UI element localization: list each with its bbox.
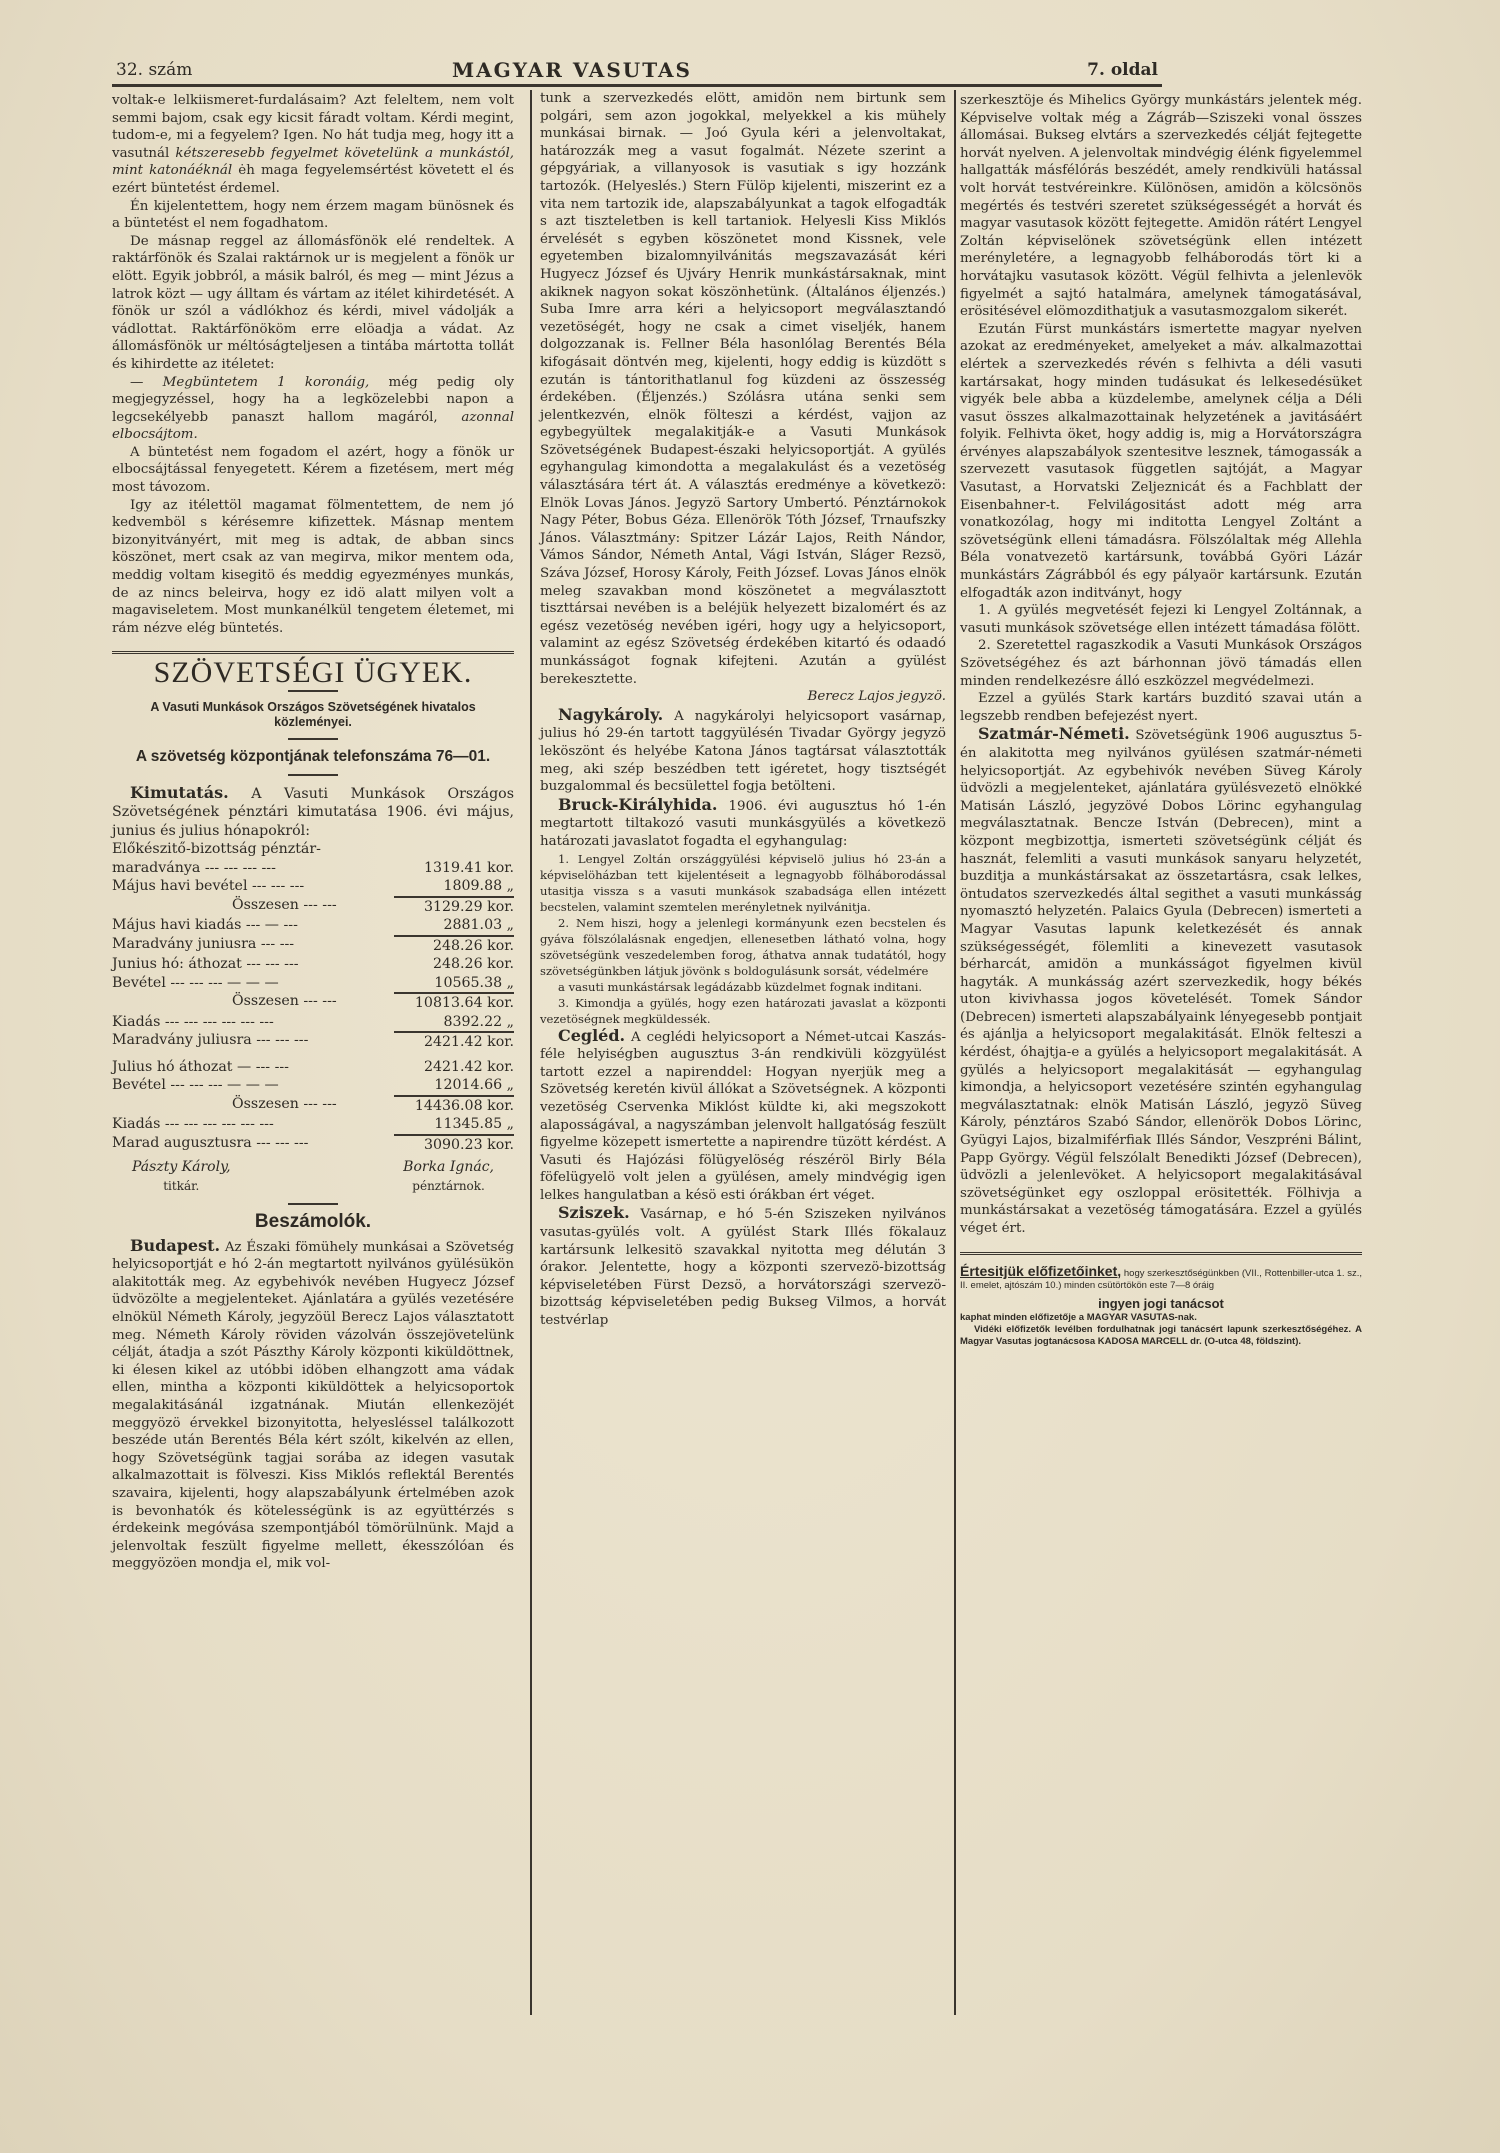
column-1: voltak-e lelkiismeret-furdalásaim? Azt f…	[112, 92, 514, 1573]
newspaper-page: 32. szám MAGYAR VASUTAS 7. oldal voltak-…	[0, 0, 1500, 2153]
divider	[288, 690, 338, 692]
report-signature: Berecz Lajos jegyzö.	[540, 688, 946, 706]
section-divider	[112, 651, 514, 654]
finance-row-total: Marad augusztusra --- --- ---3090.23 kor…	[112, 1134, 514, 1155]
free-legal-advice: ingyen jogi tanácsot	[960, 1298, 1362, 1310]
finance-row: Bevétel --- --- --- — — —12014.66 „	[112, 1076, 514, 1095]
letter-paragraph: voltak-e lelkiismeret-furdalásaim? Azt f…	[112, 92, 514, 198]
financial-statement: Kimutatás. A Vasuti Munkások Országos Sz…	[112, 784, 514, 1196]
finance-row-total: Maradvány juliusra --- --- ---2421.42 ko…	[112, 1031, 514, 1052]
finance-row: maradványa --- --- --- ---1319.41 kor.	[112, 859, 514, 878]
letter-paragraph: A büntetést nem fogadom el azért, hogy a…	[112, 444, 514, 497]
page-number: 7. oldal	[1087, 60, 1158, 80]
signature-treasurer: Borka Ignác,pénztárnok.	[403, 1158, 494, 1195]
signature-secretary: Pászty Károly,titkár.	[132, 1158, 231, 1195]
finance-row: Május havi bevétel --- --- ---1809.88 „	[112, 877, 514, 896]
finance-row: Bevétel --- --- --- — — —10565.38 „	[112, 974, 514, 993]
newspaper-title: MAGYAR VASUTAS	[452, 58, 692, 82]
official-notice-heading: A Vasuti Munkások Országos Szövetségének…	[112, 700, 514, 730]
divider	[288, 774, 338, 776]
letter-paragraph: De másnap reggel az állomásfönök elé ren…	[112, 233, 514, 374]
finance-row-total: Összesen --- ---3129.29 kor.	[112, 896, 514, 917]
resolution-item: 1. A gyülés megvetését fejezi ki Lengyel…	[960, 602, 1362, 637]
letter-paragraph: — Megbüntetem 1 koronáig, még pedig oly …	[112, 374, 514, 444]
subscriber-notice: Értesitjük előfizetőinket, hogy szerkesz…	[960, 1265, 1362, 1348]
letter-paragraph: Igy az itélettöl magamat fölmentettem, d…	[112, 497, 514, 638]
divider	[288, 1203, 338, 1205]
finance-row-total: Összesen --- ---10813.64 kor.	[112, 992, 514, 1013]
divider	[288, 738, 338, 740]
resolution-item: a vasuti munkástársak legádázabb küzdelm…	[540, 979, 946, 995]
letter-paragraph: Én kijelentettem, hogy nem érzem magam b…	[112, 198, 514, 233]
resolution-item: 2. Nem hiszi, hogy a jelenlegi kormányun…	[540, 915, 946, 979]
page-header: 32. szám MAGYAR VASUTAS 7. oldal	[112, 58, 1162, 87]
report-budapest-cont: tunk a szervezkedés elött, amidön nem bi…	[540, 90, 946, 688]
phone-notice: A szövetség központjának telefonszáma 76…	[112, 748, 514, 766]
report-sziszek: Sziszek. Vasárnap, e hó 5-én Sziszeken n…	[540, 1204, 946, 1329]
report-bruck: Bruck-Királyhida. 1906. évi augusztus hó…	[540, 796, 946, 851]
report-nagykaroly: Nagykároly. A nagykárolyi helyicsoport v…	[540, 706, 946, 796]
notice-divider	[960, 1252, 1362, 1255]
finance-row-total: Maradvány juniusra --- ---248.26 kor.	[112, 935, 514, 956]
finance-row: Előkészitő-bizottság pénztár-	[112, 840, 514, 859]
column-3: szerkesztöje és Mihelics György munkástá…	[960, 92, 1362, 1348]
finance-row-total: Összesen --- ---14436.08 kor.	[112, 1095, 514, 1116]
finance-row: Kiadás --- --- --- --- --- ---11345.85 „	[112, 1115, 514, 1134]
signatures: Pászty Károly,titkár. Borka Ignác,pénztá…	[112, 1158, 514, 1195]
report-paragraph: Ezután Fürst munkástárs ismertette magya…	[960, 321, 1362, 603]
finance-row: Május havi kiadás --- — ---2881.03 „	[112, 916, 514, 935]
report-szatmar: Szatmár-Németi. Szövetségünk 1906 augusz…	[960, 725, 1362, 1237]
finance-row: Julius hó áthozat — --- ---2421.42 kor.	[112, 1058, 514, 1077]
column-2: tunk a szervezkedés elött, amidön nem bi…	[530, 90, 956, 2015]
section-title: SZÖVETSÉGI ÜGYEK.	[112, 664, 514, 682]
finance-row: Kiadás --- --- --- --- --- ---8392.22 „	[112, 1013, 514, 1032]
resolution-item: 1. Lengyel Zoltán országgyülési képvisel…	[540, 851, 946, 915]
finance-row: Junius hó: áthozat --- --- ---248.26 kor…	[112, 955, 514, 974]
resolution-item: 3. Kimondja a gyülés, hogy ezen határoza…	[540, 995, 946, 1027]
report-sziszek-cont: szerkesztöje és Mihelics György munkástá…	[960, 92, 1362, 321]
report-paragraph: Ezzel a gyülés Stark kartárs buzditó sza…	[960, 690, 1362, 725]
reports-heading: Beszámolók.	[112, 1213, 514, 1231]
issue-number: 32. szám	[116, 60, 192, 80]
report-budapest: Budapest. Az Északi fömühely munkásai a …	[112, 1237, 514, 1573]
resolution-item: 2. Szeretettel ragaszkodik a Vasuti Munk…	[960, 637, 1362, 690]
report-cegled: Cegléd. A ceglédi helyicsoport a Német-u…	[540, 1027, 946, 1205]
